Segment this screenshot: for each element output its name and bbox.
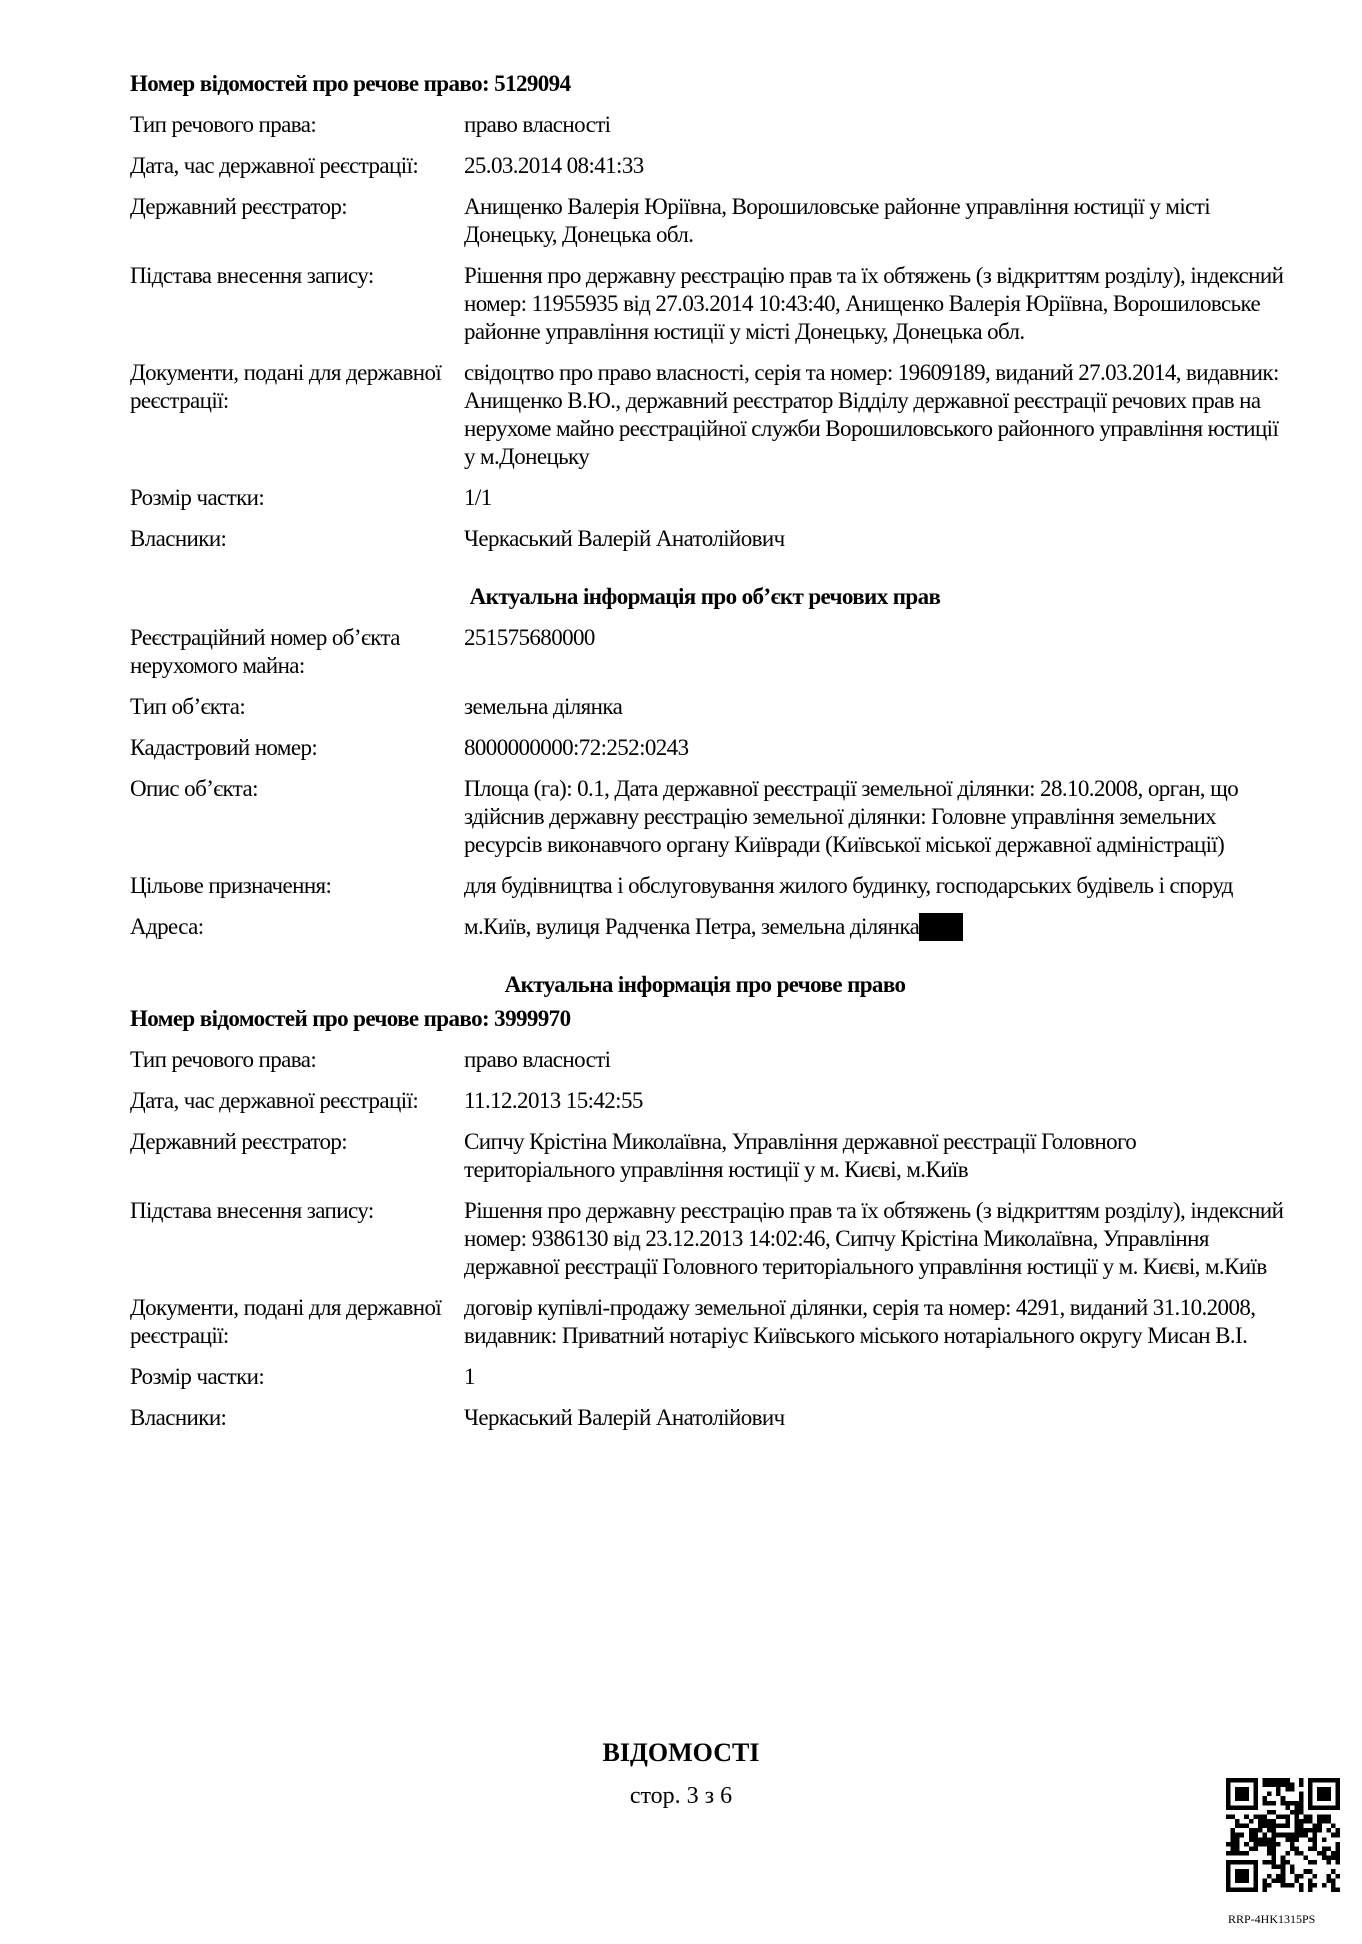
- field-row: Тип речового права:право власності: [130, 1046, 1290, 1074]
- section1-heading: Номер відомостей про речове право: 51290…: [130, 70, 1290, 98]
- field-row: Цільове призначення:для будівництва і об…: [130, 872, 1290, 900]
- section1-rows: Тип речового права:право власностіДата, …: [130, 111, 1290, 553]
- field-value-text: земельна ділянка: [464, 694, 622, 719]
- redaction-box: [919, 913, 963, 941]
- field-value: 11.12.2013 15:42:55: [464, 1087, 1290, 1115]
- field-row: Адреса:м.Київ, вулиця Радченка Петра, зе…: [130, 913, 1290, 941]
- field-value: Анищенко Валерія Юріївна, Ворошиловське …: [464, 193, 1290, 249]
- field-label: Тип речового права:: [130, 1046, 464, 1074]
- field-label: Документи, подані для державної реєстрац…: [130, 1294, 464, 1350]
- field-row: Підстава внесення запису:Рішення про дер…: [130, 262, 1290, 346]
- field-value: право власності: [464, 111, 1290, 139]
- field-value: договір купівлі-продажу земельної ділянк…: [464, 1294, 1290, 1350]
- field-value-text: 8000000000:72:252:0243: [464, 735, 688, 760]
- field-value-text: Сипчу Крістіна Миколаївна, Управління де…: [464, 1129, 1136, 1182]
- field-value: 251575680000: [464, 624, 1290, 680]
- field-value: Площа (га): 0.1, Дата державної реєстрац…: [464, 775, 1290, 859]
- field-value-text: право власності: [464, 112, 610, 137]
- right-section-heading: Актуальна інформація про речове право: [130, 971, 1280, 999]
- footer-title: ВІДОМОСТІ: [0, 1738, 1362, 1768]
- field-value: 8000000000:72:252:0243: [464, 734, 1290, 762]
- field-row: Тип речового права:право власності: [130, 111, 1290, 139]
- field-row: Власники:Черкаський Валерій Анатолійович: [130, 1404, 1290, 1432]
- field-row: Підстава внесення запису:Рішення про дер…: [130, 1197, 1290, 1281]
- field-value: 25.03.2014 08:41:33: [464, 152, 1290, 180]
- field-value-text: для будівництва і обслуговування жилого …: [464, 873, 1233, 898]
- field-label: Тип об’єкта:: [130, 693, 464, 721]
- field-value: 1/1: [464, 484, 1290, 512]
- field-row: Розмір частки:1/1: [130, 484, 1290, 512]
- field-value-text: Рішення про державну реєстрацію прав та …: [464, 1198, 1283, 1279]
- field-label: Дата, час державної реєстрації:: [130, 1087, 464, 1115]
- field-value-text: 251575680000: [464, 625, 595, 650]
- field-value: м.Київ, вулиця Радченка Петра, земельна …: [464, 913, 1290, 941]
- field-value-text: Анищенко Валерія Юріївна, Ворошиловське …: [464, 194, 1210, 247]
- field-row: Власники:Черкаський Валерій Анатолійович: [130, 525, 1290, 553]
- document-code: RRP-4HK1315PS: [1228, 1912, 1315, 1927]
- field-label: Тип речового права:: [130, 111, 464, 139]
- field-label: Власники:: [130, 525, 464, 553]
- field-row: Дата, час державної реєстрації:11.12.201…: [130, 1087, 1290, 1115]
- field-label: Документи, подані для державної реєстрац…: [130, 359, 464, 471]
- field-label: Державний реєстратор:: [130, 193, 464, 249]
- field-value: для будівництва і обслуговування жилого …: [464, 872, 1290, 900]
- field-row: Опис об’єкта:Площа (га): 0.1, Дата держа…: [130, 775, 1290, 859]
- field-label: Опис об’єкта:: [130, 775, 464, 859]
- field-label: Розмір частки:: [130, 484, 464, 512]
- field-label: Підстава внесення запису:: [130, 1197, 464, 1281]
- field-value: Сипчу Крістіна Миколаївна, Управління де…: [464, 1128, 1290, 1184]
- field-label: Реєстраційний номер об’єкта нерухомого м…: [130, 624, 464, 680]
- field-value: 1: [464, 1363, 1290, 1391]
- field-label: Дата, час державної реєстрації:: [130, 152, 464, 180]
- field-row: Тип об’єкта:земельна ділянка: [130, 693, 1290, 721]
- field-row: Дата, час державної реєстрації:25.03.201…: [130, 152, 1290, 180]
- field-row: Реєстраційний номер об’єкта нерухомого м…: [130, 624, 1290, 680]
- field-label: Підстава внесення запису:: [130, 262, 464, 346]
- qr-code-icon: [1226, 1778, 1340, 1892]
- field-value: свідоцтво про право власності, серія та …: [464, 359, 1290, 471]
- field-row: Державний реєстратор:Анищенко Валерія Юр…: [130, 193, 1290, 249]
- field-value: земельна ділянка: [464, 693, 1290, 721]
- field-value: Рішення про державну реєстрацію прав та …: [464, 1197, 1290, 1281]
- object-section-heading: Актуальна інформація про об’єкт речових …: [130, 583, 1280, 611]
- field-value-text: свідоцтво про право власності, серія та …: [464, 360, 1279, 469]
- field-value-text: Площа (га): 0.1, Дата державної реєстрац…: [464, 776, 1238, 857]
- field-value-text: м.Київ, вулиця Радченка Петра, земельна …: [464, 914, 919, 939]
- field-value-text: 1: [464, 1364, 475, 1389]
- field-value: Черкаський Валерій Анатолійович: [464, 525, 1290, 553]
- field-value: Рішення про державну реєстрацію прав та …: [464, 262, 1290, 346]
- field-label: Цільове призначення:: [130, 872, 464, 900]
- field-value: право власності: [464, 1046, 1290, 1074]
- field-value-text: 11.12.2013 15:42:55: [464, 1088, 643, 1113]
- field-value-text: Черкаський Валерій Анатолійович: [464, 526, 785, 551]
- field-label: Адреса:: [130, 913, 464, 941]
- field-value-text: Черкаський Валерій Анатолійович: [464, 1405, 785, 1430]
- field-row: Документи, подані для державної реєстрац…: [130, 359, 1290, 471]
- field-row: Документи, подані для державної реєстрац…: [130, 1294, 1290, 1350]
- field-label: Кадастровий номер:: [130, 734, 464, 762]
- field-label: Розмір частки:: [130, 1363, 464, 1391]
- field-label: Державний реєстратор:: [130, 1128, 464, 1184]
- field-value-text: право власності: [464, 1047, 610, 1072]
- field-row: Державний реєстратор:Сипчу Крістіна Мико…: [130, 1128, 1290, 1184]
- right-section-rows: Тип речового права:право власностіДата, …: [130, 1046, 1290, 1432]
- field-label: Власники:: [130, 1404, 464, 1432]
- field-row: Розмір частки:1: [130, 1363, 1290, 1391]
- field-value-text: Рішення про державну реєстрацію прав та …: [464, 263, 1283, 344]
- page-number: стор. 3 з 6: [0, 1783, 1362, 1810]
- object-section-rows: Реєстраційний номер об’єкта нерухомого м…: [130, 624, 1290, 941]
- right-section-subheading: Номер відомостей про речове право: 39999…: [130, 1005, 1290, 1033]
- field-value-text: 25.03.2014 08:41:33: [464, 153, 644, 178]
- field-value-text: договір купівлі-продажу земельної ділянк…: [464, 1295, 1255, 1348]
- document-page: Номер відомостей про речове право: 51290…: [130, 70, 1290, 1432]
- field-value: Черкаський Валерій Анатолійович: [464, 1404, 1290, 1432]
- field-row: Кадастровий номер:8000000000:72:252:0243: [130, 734, 1290, 762]
- field-value-text: 1/1: [464, 485, 492, 510]
